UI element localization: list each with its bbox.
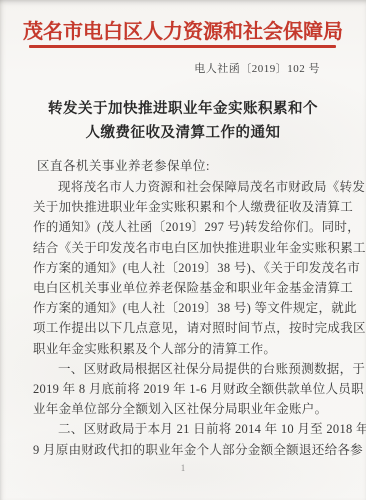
header-divider-rule bbox=[29, 45, 336, 48]
body-line: 作方案的通知》(电人社〔2019〕38 号) 等文件规定，就此 bbox=[33, 298, 339, 318]
salutation: 区直各机关事业养老参保单位: bbox=[37, 156, 210, 174]
body-line: 9 月原由财政代扣的职业年金个人部分金额全额退还给各参 bbox=[33, 440, 339, 460]
body-line: 二、区财政局于本月 21 日前将 2014 年 10 月至 2018 年 bbox=[33, 419, 339, 439]
document-title-line: 人缴费征收及清算工作的通知 bbox=[0, 121, 366, 145]
document-title: 转发关于加快推进职业年金实账积累和个 人缴费征收及清算工作的通知 bbox=[0, 97, 366, 145]
body-line: 关于加快推进职业年金实账积累和个人缴费征收及清算工 bbox=[33, 197, 339, 217]
document-body: 现将茂名市人力资源和社会保障局茂名市财政局《转发 关于加快推进职业年金实账积累和… bbox=[33, 177, 339, 460]
body-line: 2019 年 8 月底前将 2019 年 1-6 月财政全额供款单位人员职 bbox=[33, 379, 339, 399]
body-line: 结合《关于印发茂名市电白区加快推进职业年金实账积累工 bbox=[33, 238, 339, 258]
document-title-line: 转发关于加快推进职业年金实账积累和个 bbox=[0, 97, 366, 121]
body-line: 电白区机关事业单位养老保险基金和职业年金基金清算工 bbox=[33, 278, 339, 298]
body-line: 一、区财政局根据区社保分局提供的台账预测数据，于 bbox=[33, 359, 339, 379]
body-line: 作的通知》(茂人社函〔2019〕297 号)转发给你们。同时， bbox=[33, 217, 339, 237]
page-number: 1 bbox=[181, 463, 186, 473]
issuing-org-name: 茂名市电白区人力资源和社会保障局 bbox=[0, 15, 366, 44]
body-line: 职业年金实账积累及个人部分的清算工作。 bbox=[33, 339, 339, 359]
body-line: 现将茂名市人力资源和社会保障局茂名市财政局《转发 bbox=[33, 177, 339, 197]
body-line: 作方案的通知》(电人社〔2019〕38 号)、《关于印发茂名市 bbox=[33, 258, 339, 278]
body-line: 业年金单位部分全额划入区社保分局职业年金账户。 bbox=[33, 399, 339, 419]
body-line: 项工作提出以下几点意见，请对照时间节点，按时完成我区 bbox=[33, 318, 339, 338]
scanned-document-page: 茂名市电白区人力资源和社会保障局 电人社函〔2019〕102 号 转发关于加快推… bbox=[0, 0, 366, 500]
document-number: 电人社函〔2019〕102 号 bbox=[194, 60, 320, 76]
